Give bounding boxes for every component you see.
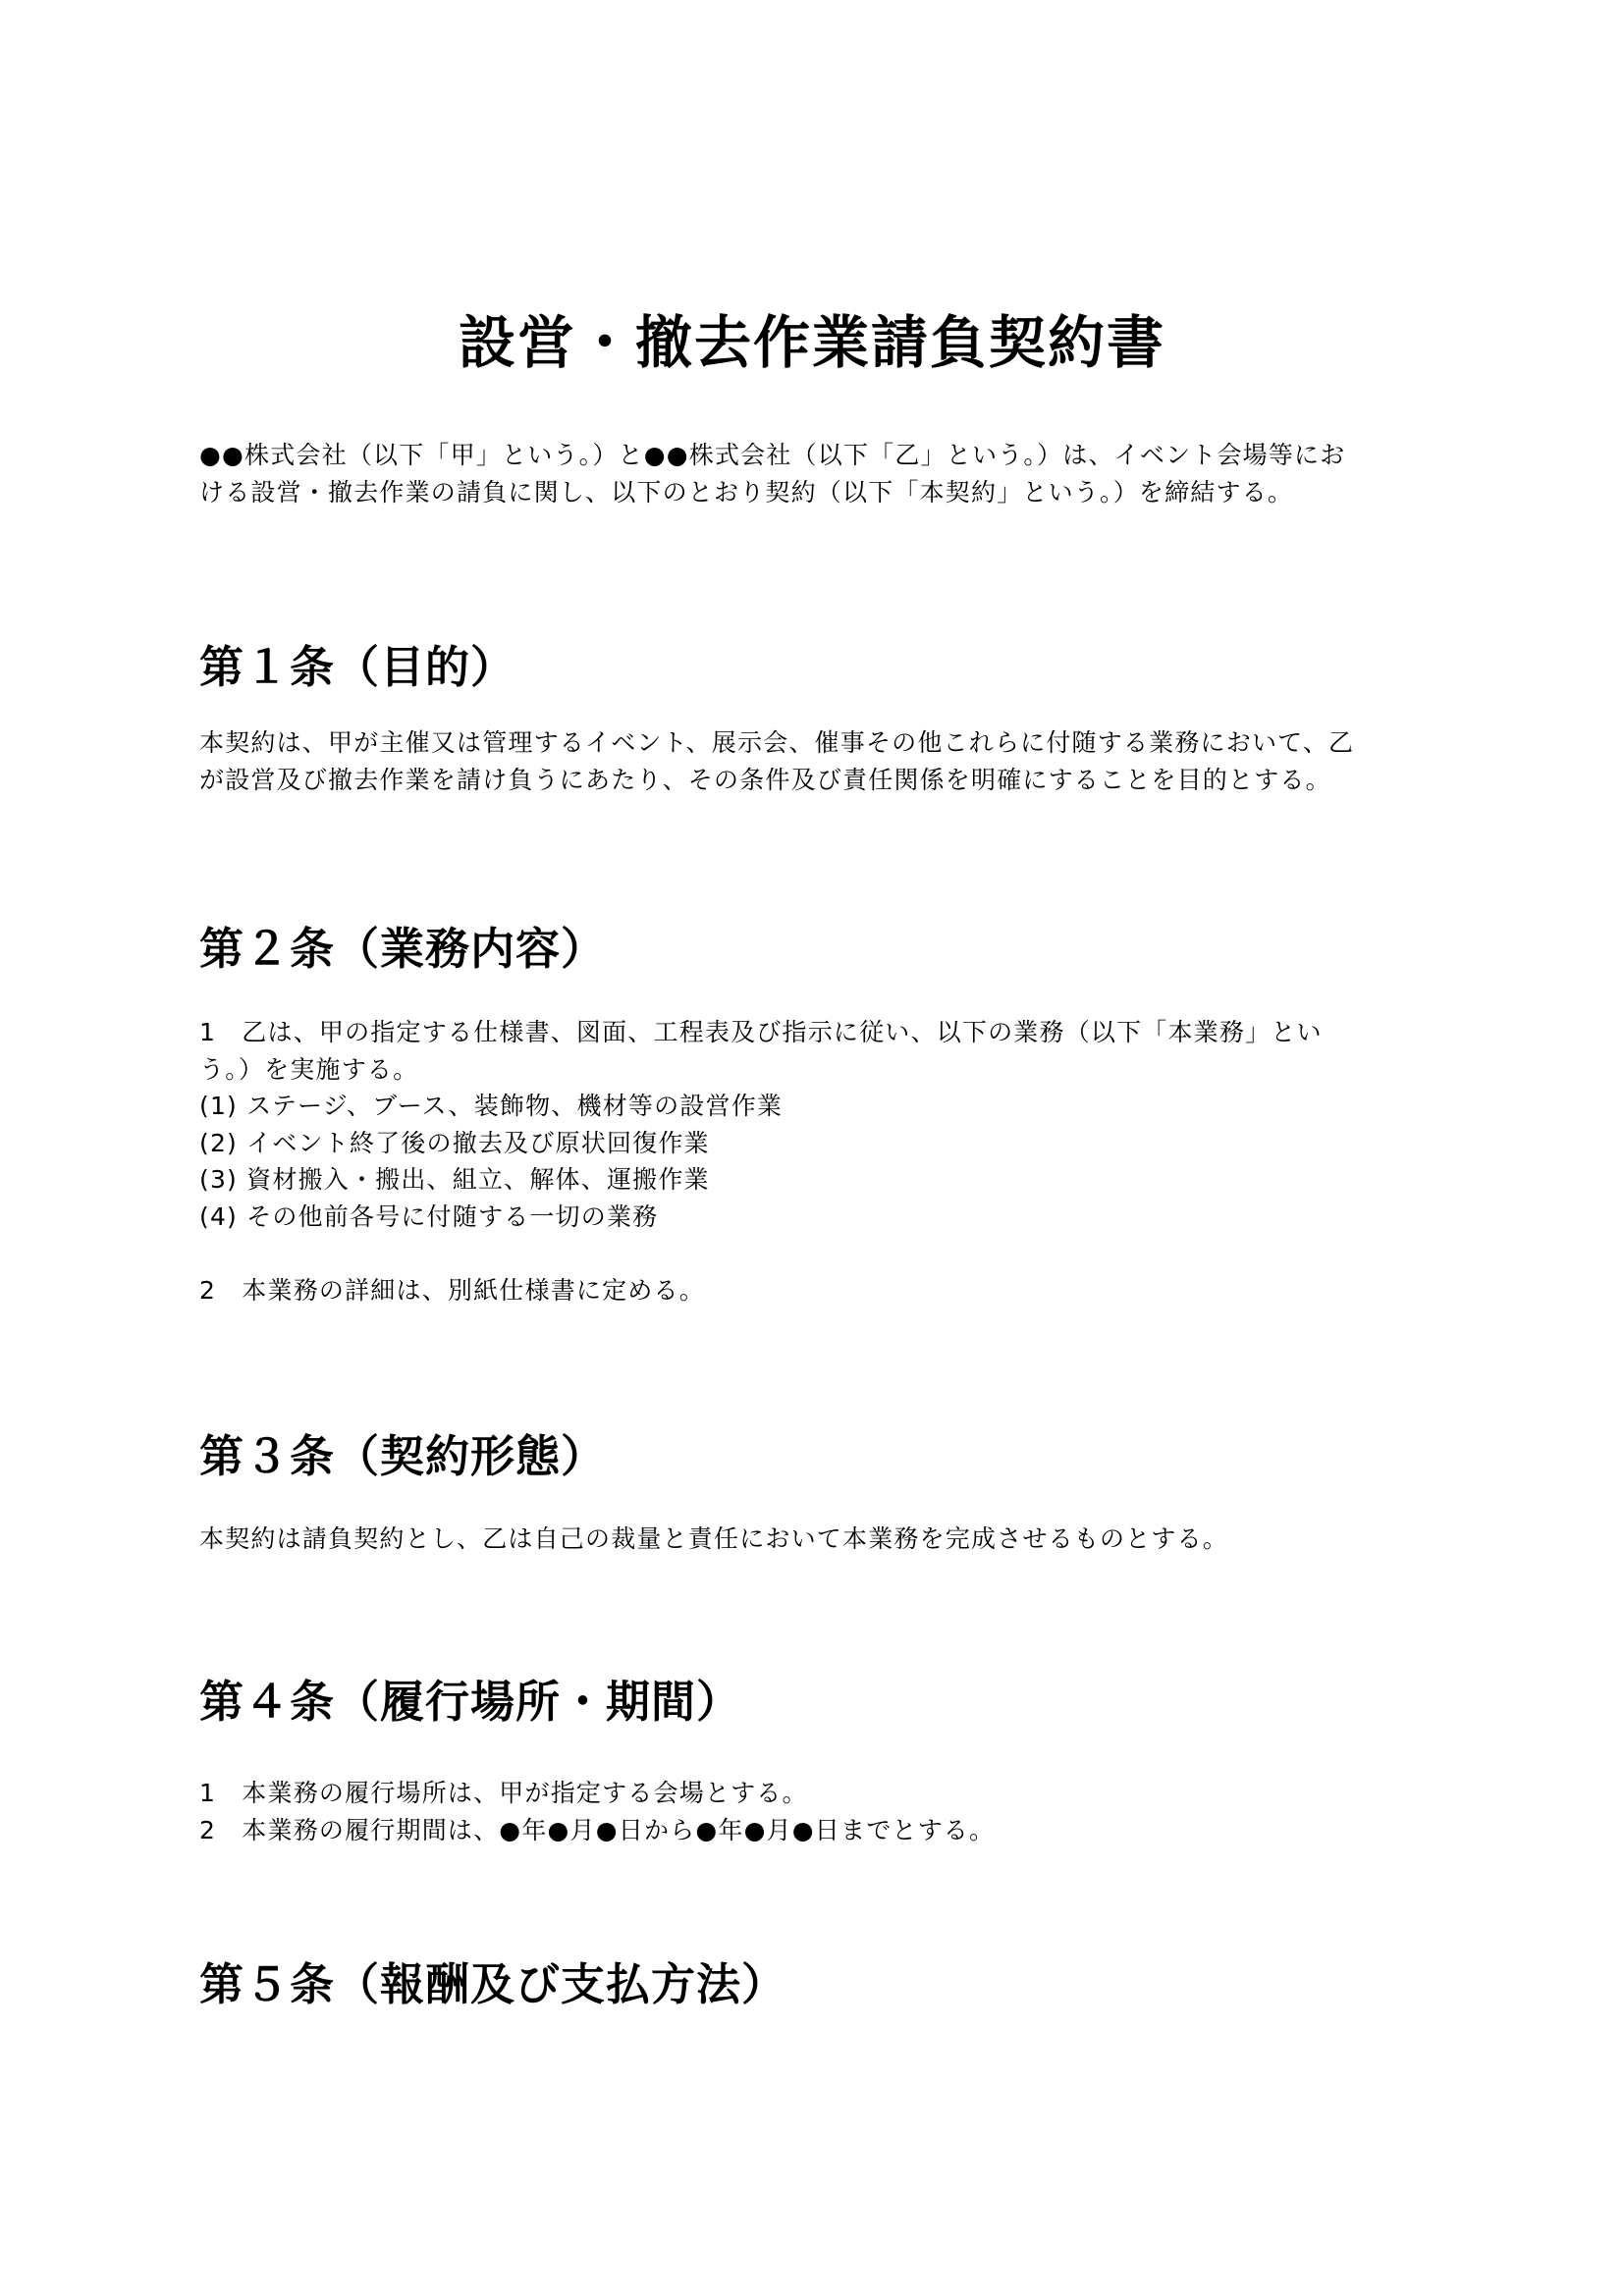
article-2-item-4: (4) その他前各号に付随する一切の業務 — [199, 1199, 1436, 1236]
preamble-paragraph: ●●株式会社（以下「甲」という。）と●●株式会社（以下「乙」という。）は、イベン… — [199, 437, 1436, 510]
article-2-item-1: (1) ステージ、ブース、装飾物、機材等の設営作業 — [199, 1088, 1436, 1125]
article-4-heading: 第４条（履行場所・期間） — [199, 1673, 741, 1732]
article-2-clause-1-line: 1 乙は、甲の指定する仕様書、図面、工程表及び指示に従い、以下の業務（以下「本業… — [199, 1014, 1436, 1051]
article-2-heading: 第２条（業務内容） — [199, 920, 606, 979]
article-2-item-2: (2) イベント終了後の撤去及び原状回復作業 — [199, 1125, 1436, 1162]
article-1-line: が設営及び撤去作業を請け負うにあたり、その条件及び責任関係を明確にすることを目的… — [199, 762, 1436, 799]
article-2-clause-2: 2 本業務の詳細は、別紙仕様書に定める。 — [199, 1272, 1436, 1309]
article-2-item-3: (3) 資材搬入・搬出、組立、解体、運搬作業 — [199, 1161, 1436, 1199]
article-4-body: 1 本業務の履行場所は、甲が指定する会場とする。 2 本業務の履行期間は、●年●… — [199, 1775, 1436, 1848]
preamble-line: ●●株式会社（以下「甲」という。）と●●株式会社（以下「乙」という。）は、イベン… — [199, 437, 1436, 474]
article-1-body: 本契約は、甲が主催又は管理するイベント、展示会、催事その他これらに付随する業務に… — [199, 724, 1436, 798]
article-5-heading: 第５条（報酬及び支払方法） — [199, 1955, 786, 2014]
document-title: 設営・撤去作業請負契約書 — [0, 303, 1624, 382]
document-page: 設営・撤去作業請負契約書 ●●株式会社（以下「甲」という。）と●●株式会社（以下… — [0, 0, 1624, 2296]
preamble-line: ける設営・撤去作業の請負に関し、以下のとおり契約（以下「本契約」という。）を締結… — [199, 474, 1436, 511]
article-1-heading: 第１条（目的） — [199, 638, 515, 697]
article-2-clause-1-line: う。）を実施する。 — [199, 1051, 1436, 1089]
article-3-body: 本契約は請負契約とし、乙は自己の裁量と責任において本業務を完成させるものとする。 — [199, 1521, 1436, 1558]
article-2-body: 1 乙は、甲の指定する仕様書、図面、工程表及び指示に従い、以下の業務（以下「本業… — [199, 1014, 1436, 1308]
article-3-heading: 第３条（契約形態） — [199, 1427, 606, 1486]
article-3-line: 本契約は請負契約とし、乙は自己の裁量と責任において本業務を完成させるものとする。 — [199, 1521, 1436, 1558]
spacer — [199, 1235, 1436, 1272]
article-1-line: 本契約は、甲が主催又は管理するイベント、展示会、催事その他これらに付随する業務に… — [199, 724, 1436, 762]
article-4-clause-1: 1 本業務の履行場所は、甲が指定する会場とする。 — [199, 1775, 1436, 1812]
article-4-clause-2: 2 本業務の履行期間は、●年●月●日から●年●月●日までとする。 — [199, 1812, 1436, 1849]
